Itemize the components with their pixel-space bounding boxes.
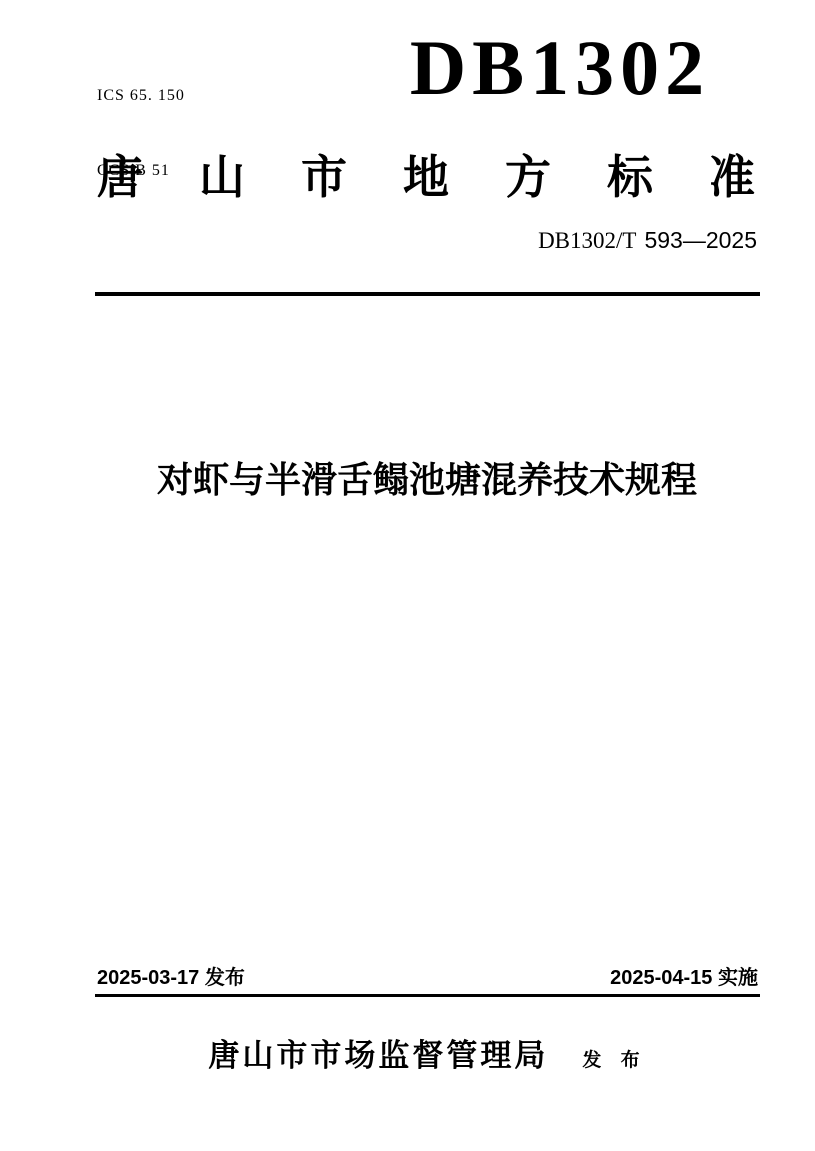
publish-action-label: 发 布 [582,1045,646,1072]
date-row: 2025-03-17 发布 2025-04-15 实施 [97,966,758,990]
standard-type-title: 唐山市地方标准 [97,150,755,204]
standard-cover-page: ICS 65. 150 CCS B 51 DB1302 唐山市地方标准 DB13… [0,0,815,1151]
standard-number-suffix: 593—2025 [644,227,757,253]
standard-number-prefix: DB1302/T [538,228,636,253]
ics-code: ICS 65. 150 [97,83,185,108]
header-rule [95,292,760,296]
issue-date: 2025-03-17 发布 [97,966,245,990]
footer-rule [95,994,760,997]
publisher-name: 唐山市市场监督管理局 [208,1038,548,1074]
implement-date: 2025-04-15 实施 [610,966,758,990]
document-title: 对虾与半滑舌鳎池塘混养技术规程 [97,458,757,502]
db-code: DB1302 [395,28,725,108]
standard-number: DB1302/T593—2025 [538,226,757,255]
publisher-row: 唐山市市场监督管理局 发 布 [97,1038,758,1074]
